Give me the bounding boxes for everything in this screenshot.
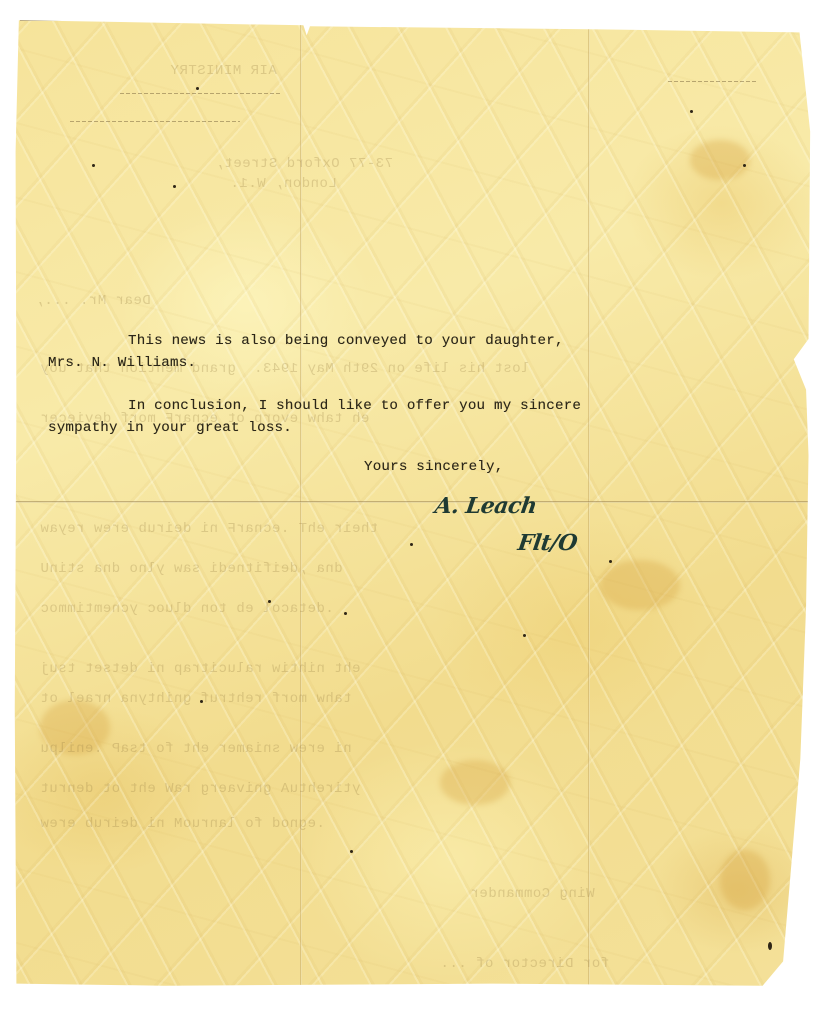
stain xyxy=(600,560,680,610)
scanned-letter: AIR MINISTRY 73-77 Oxford Street, London… xyxy=(0,0,820,1012)
bleed-through-rule xyxy=(120,93,280,94)
body-paragraph-1-line-2: Mrs. N. Williams. xyxy=(48,355,196,371)
fold-line-horizontal xyxy=(0,501,820,503)
ink-speck xyxy=(350,850,353,853)
ink-speck xyxy=(173,185,176,188)
ink-speck xyxy=(196,87,199,90)
ink-speck xyxy=(344,612,347,615)
bleed-through-address-2: London, W.1. xyxy=(230,175,337,194)
ink-speck xyxy=(410,543,413,546)
ink-speck xyxy=(743,164,746,167)
bleed-through-closing: Wing Commander xyxy=(470,885,595,904)
stain xyxy=(720,850,770,910)
fold-line-vertical xyxy=(300,0,302,1012)
fold-line-vertical xyxy=(588,0,590,1012)
ink-speck xyxy=(92,164,95,167)
paper-top-edge xyxy=(20,20,805,21)
signature-rank: Flt/O xyxy=(516,530,578,556)
bleed-through-salutation: Dear Mr. ..., xyxy=(35,292,151,311)
bleed-through-closing-line: for Director of ... xyxy=(440,955,609,974)
body-paragraph-1-line-1: This news is also being conveyed to your… xyxy=(128,333,564,349)
body-paragraph-2-line-1: In conclusion, I should like to offer yo… xyxy=(128,398,581,414)
bleed-through-rule xyxy=(70,121,240,122)
closing: Yours sincerely, xyxy=(364,459,503,475)
ink-speck xyxy=(200,700,203,703)
bleed-through-rule xyxy=(668,81,758,82)
body-paragraph-2-line-2: sympathy in your great loss. xyxy=(48,420,292,436)
ink-speck xyxy=(690,110,693,113)
bleed-through-address-1: 73-77 Oxford Street, xyxy=(215,155,393,174)
stain xyxy=(690,140,750,180)
signature-name: A. Leach xyxy=(433,493,538,519)
ink-speck xyxy=(268,600,271,603)
ink-speck xyxy=(523,634,526,637)
ink-speck xyxy=(609,560,612,563)
paper-sheet: AIR MINISTRY 73-77 Oxford Street, London… xyxy=(0,0,820,1012)
ink-speck xyxy=(768,942,772,950)
stain xyxy=(440,760,510,805)
bleed-through-header: AIR MINISTRY xyxy=(170,62,277,81)
